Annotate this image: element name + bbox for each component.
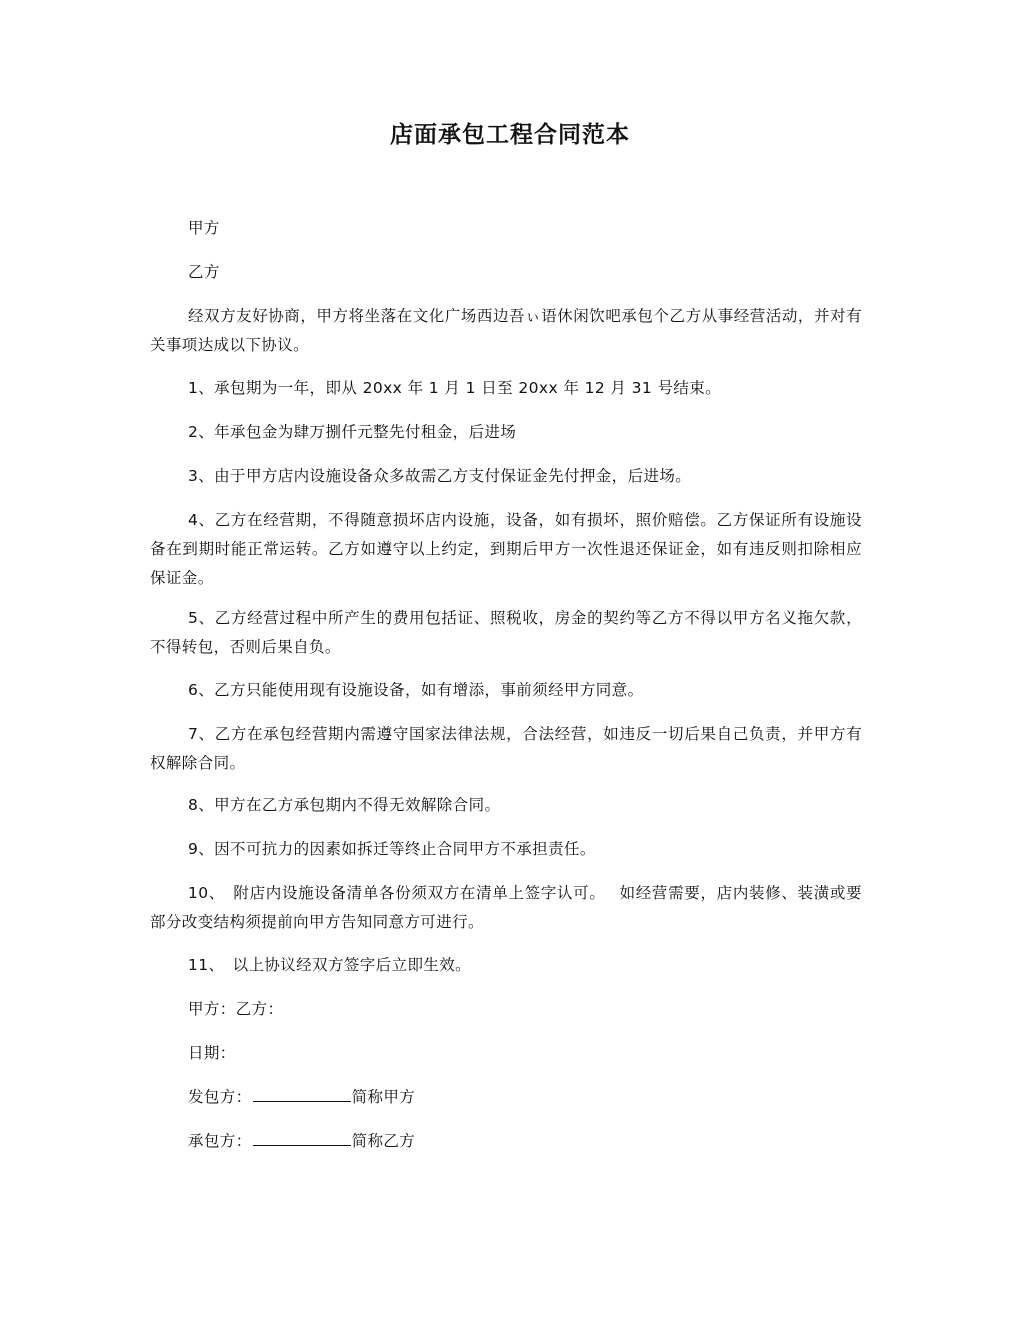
issuer-label: 发包方： — [188, 1088, 252, 1106]
party-b-label: 乙方 — [150, 258, 862, 287]
clause-8: 8、甲方在乙方承包期内不得无效解除合同。 — [150, 791, 862, 820]
issuer-blank-line[interactable] — [253, 1084, 351, 1102]
document-page: 店面承包工程合同范本 甲方 乙方 经双方友好协商，甲方将坐落在文化广场西边吾ぃ语… — [0, 0, 1020, 1320]
contractor-signature-row: 承包方：简称乙方 — [188, 1127, 415, 1156]
party-a-label: 甲方 — [150, 214, 862, 243]
issuer-signature-row: 发包方：简称甲方 — [188, 1083, 415, 1112]
intro-paragraph: 经双方友好协商，甲方将坐落在文化广场西边吾ぃ语休闲饮吧承包个乙方从事经营活动，并… — [150, 302, 862, 360]
issuer-suffix: 简称甲方 — [352, 1088, 416, 1106]
clause-7: 7、乙方在承包经营期内需遵守国家法律法规，合法经营，如违反一切后果自己负责，并甲… — [150, 720, 862, 778]
clause-10: 10、 附店内设施设备清单各份须双方在清单上签字认可。 如经营需要，店内装修、装… — [150, 879, 862, 937]
contractor-suffix: 简称乙方 — [352, 1132, 416, 1150]
clause-5: 5、乙方经营过程中所产生的费用包括证、照税收，房金的契约等乙方不得以甲方名义拖欠… — [150, 604, 862, 662]
contractor-blank-line[interactable] — [253, 1128, 351, 1146]
clause-1: 1、承包期为一年，即从 20xx 年 1 月 1 日至 20xx 年 12 月 … — [150, 374, 862, 403]
clause-2: 2、年承包金为肆万捌仟元整先付租金，后进场 — [150, 418, 862, 447]
clause-3: 3、由于甲方店内设施设备众多故需乙方支付保证金先付押金，后进场。 — [150, 462, 862, 491]
signature-date-label: 日期： — [188, 1039, 236, 1068]
clause-6: 6、乙方只能使用现有设施设备，如有增添，事前须经甲方同意。 — [150, 676, 862, 705]
document-title: 店面承包工程合同范本 — [0, 118, 1020, 152]
contractor-label: 承包方： — [188, 1132, 252, 1150]
clause-9: 9、因不可抗力的因素如拆迁等终止合同甲方不承担责任。 — [150, 835, 862, 864]
clause-4: 4、乙方在经营期，不得随意损坏店内设施，设备，如有损坏，照价赔偿。乙方保证所有设… — [150, 506, 862, 593]
signature-parties-line: 甲方：乙方： — [188, 995, 283, 1024]
clause-11: 11、 以上协议经双方签字后立即生效。 — [150, 951, 862, 980]
